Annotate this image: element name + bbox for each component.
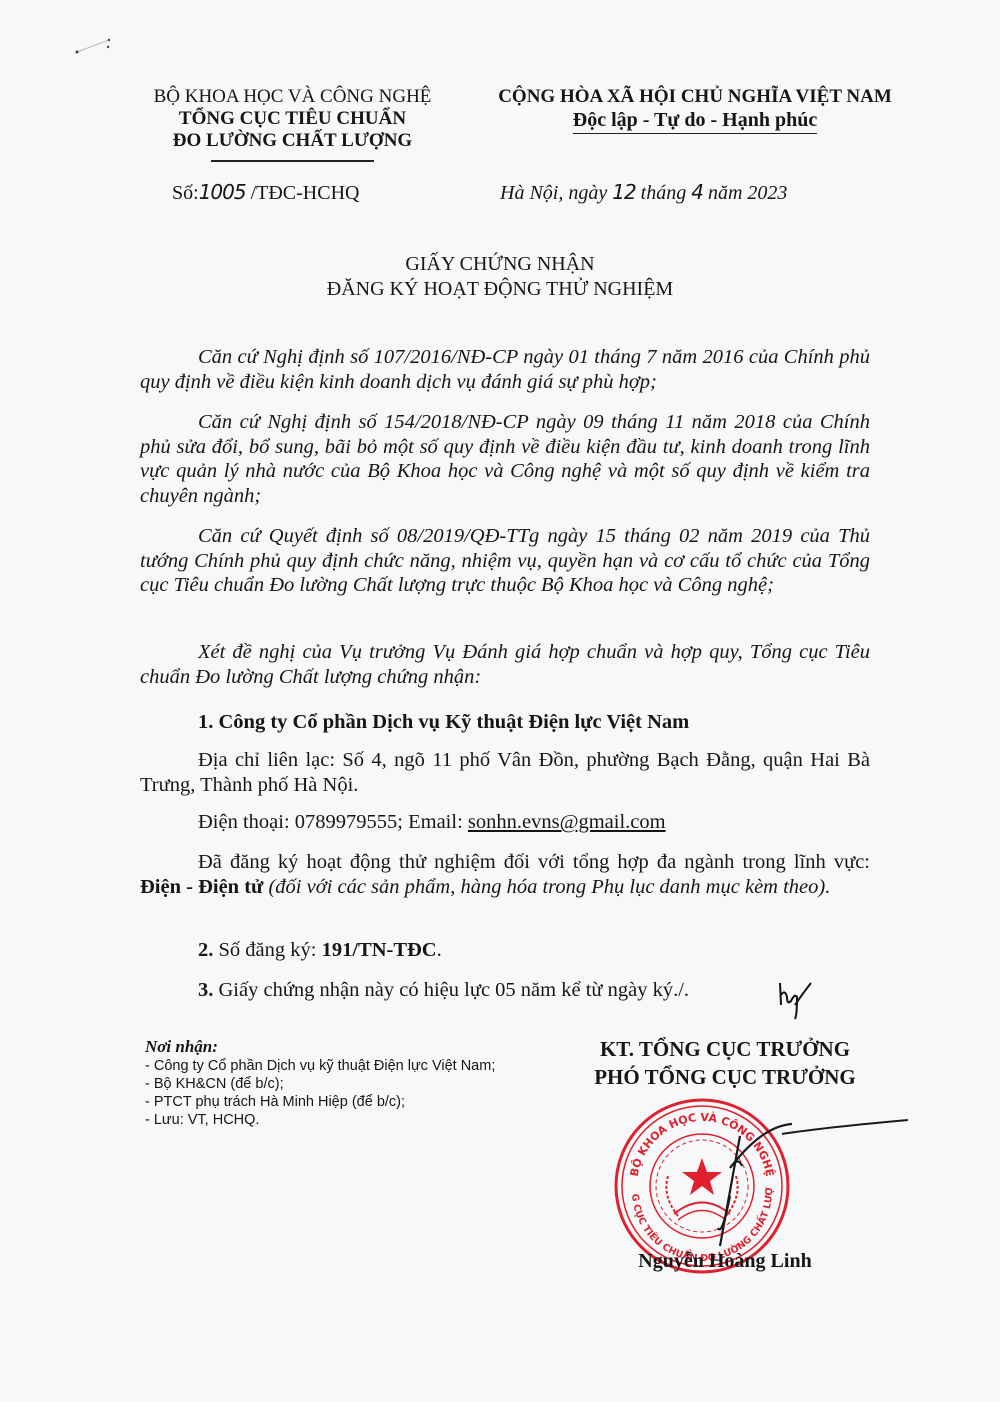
recipient-item: - Lưu: VT, HCHQ. (145, 1111, 545, 1129)
agency-name-line2: ĐO LƯỜNG CHẤT LƯỢNG (130, 130, 455, 152)
recipient-item: - Bộ KH&CN (để b/c); (145, 1075, 545, 1093)
document-title: GIẤY CHỨNG NHẬN ĐĂNG KÝ HOẠT ĐỘNG THỬ NG… (0, 252, 1000, 302)
ministry-name: BỘ KHOA HỌC VÀ CÔNG NGHỆ (130, 86, 455, 108)
company-email-link[interactable]: sonhn.evns@gmail.com (468, 811, 666, 833)
republic-name: CỘNG HÒA XÃ HỘI CHỦ NGHĨA VIỆT NAM (465, 86, 925, 108)
official-red-seal-icon: BỘ KHOA HỌC VÀ CÔNG NGHỆ TỔNG CỤC TIÊU C… (612, 1096, 792, 1276)
recipient-item: - Công ty Cổ phần Dịch vụ kỹ thuật Điện … (145, 1057, 545, 1075)
scope-field: Điện - Điện tử (140, 876, 263, 898)
preamble-decree-154: Căn cứ Nghị định số 154/2018/NĐ-CP ngày … (140, 410, 870, 508)
stray-pen-mark-icon (75, 38, 115, 54)
company-heading: 1. Công ty Cổ phần Dịch vụ Kỹ thuật Điện… (198, 710, 689, 734)
document-number: Số:1005 /TĐC-HCHQ (172, 180, 359, 205)
signer-name: Nguyễn Hoàng Linh (555, 1250, 895, 1273)
validity-statement: 3. Giấy chứng nhận này có hiệu lực 05 nă… (198, 978, 689, 1002)
handwritten-day: 12 (612, 180, 635, 204)
company-contact: Điện thoại: 0789979555; Email: sonhn.evn… (198, 810, 666, 834)
national-header: CỘNG HÒA XÃ HỘI CHỦ NGHĨA VIỆT NAM Độc l… (465, 86, 925, 134)
signatory-title: KT. TỔNG CỤC TRƯỞNG PHÓ TỔNG CỤC TRƯỞNG (555, 1035, 895, 1091)
issue-date: Hà Nội, ngày 12 tháng 4 năm 2023 (500, 180, 787, 205)
preamble-decree-107: Căn cứ Nghị định số 107/2016/NĐ-CP ngày … (140, 345, 870, 394)
national-motto: Độc lập - Tự do - Hạnh phúc (573, 108, 817, 134)
header-divider (211, 160, 374, 162)
registration-scope: Đã đăng ký hoạt động thử nghiệm đối với … (140, 850, 870, 899)
preamble-proposal: Xét đề nghị của Vụ trưởng Vụ Đánh giá hợ… (140, 640, 870, 689)
registration-number: 2. Số đăng ký: 191/TN-TĐC. (198, 938, 442, 962)
title-line1: GIẤY CHỨNG NHẬN (0, 252, 1000, 277)
signature-stroke-icon (780, 1118, 910, 1138)
initials-paraph-icon (775, 975, 815, 1020)
recipients-heading: Nơi nhận: (145, 1037, 545, 1057)
agency-name-line1: TỔNG CỤC TIÊU CHUẨN (130, 108, 455, 130)
handwritten-month: 4 (691, 180, 703, 204)
registration-number-value: 191/TN-TĐC (322, 939, 437, 961)
handwritten-doc-number: 1005 (199, 180, 246, 204)
issuing-agency-header: BỘ KHOA HỌC VÀ CÔNG NGHỆ TỔNG CỤC TIÊU C… (130, 86, 455, 162)
certificate-page: BỘ KHOA HỌC VÀ CÔNG NGHỆ TỔNG CỤC TIÊU C… (0, 0, 1000, 1402)
title-line2: ĐĂNG KÝ HOẠT ĐỘNG THỬ NGHIỆM (0, 277, 1000, 302)
preamble-decision-08: Căn cứ Quyết định số 08/2019/QĐ-TTg ngày… (140, 524, 870, 598)
recipients-list: Nơi nhận: - Công ty Cổ phần Dịch vụ kỹ t… (145, 1037, 545, 1129)
company-address: Địa chỉ liên lạc: Số 4, ngõ 11 phố Vân Đ… (140, 748, 870, 797)
recipient-item: - PTCT phụ trách Hà Minh Hiệp (để b/c); (145, 1093, 545, 1111)
